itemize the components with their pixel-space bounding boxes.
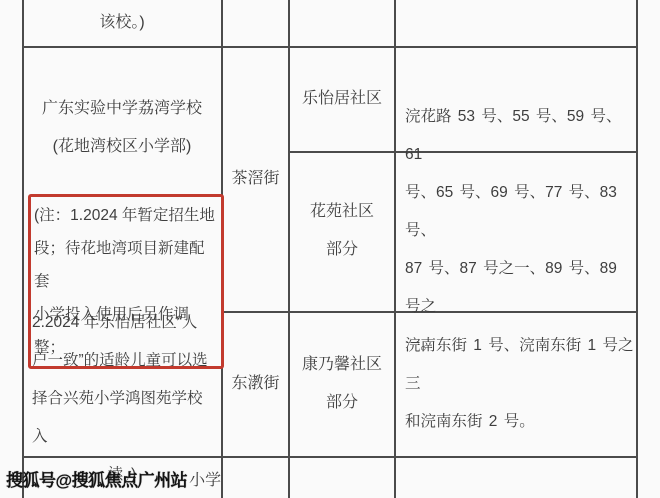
school-name-line-2: (花地湾校区小学部) xyxy=(24,128,220,166)
community-kangnaixin-line-1: 康乃馨社区 xyxy=(302,346,382,384)
address-huayuan-line-2: 号、65 号、69 号、77 号、83 号、 xyxy=(405,174,636,250)
note-highlight-box: (注：1.2024 年暂定招生地 段；待花地湾项目新建配套 小学投入使用后另作调… xyxy=(28,194,224,369)
cell-community-huayuan: 花苑社区 部分 xyxy=(290,153,394,309)
sohu-watermark-text: 搜狐号@搜狐焦点广州站 xyxy=(6,466,187,491)
highlighted-note-line-2: 段；待花地湾项目新建配套 xyxy=(34,232,218,298)
community-huayuan-line-1: 花苑社区 xyxy=(310,193,374,231)
community-leyiju-label: 乐怡居社区 xyxy=(302,80,382,118)
cell-street-dongjiao: 东漖街 xyxy=(223,313,288,454)
cell-previous-school-fragment: 该校。) xyxy=(24,0,220,45)
school-name: 广东实验中学荔湾学校 (花地湾校区小学部) xyxy=(24,90,220,166)
cell-community-leyiju: 乐怡居社区 xyxy=(290,48,394,150)
street-chajiao-label: 茶滘街 xyxy=(231,160,279,198)
document-table-screenshot: 该校。) 广东实验中学荔湾学校 (花地湾校区小学部) (注：1.2024 年暂定… xyxy=(0,0,660,498)
address-huayuan-line-1: 浣花路 53 号、55 号、59 号、61 xyxy=(405,98,636,174)
address-kangnaixin-line-2: 和浣南东街 2 号。 xyxy=(405,403,636,441)
cell-school-info: 广东实验中学荔湾学校 (花地湾校区小学部) (注：1.2024 年暂定招生地 段… xyxy=(24,48,220,454)
school-name-line-1: 广东实验中学荔湾学校 xyxy=(24,90,220,128)
cell-community-kangnaixin: 康乃馨社区 部分 xyxy=(290,313,394,454)
cell-address-kangnaixin: 浣南东街 1 号、浣南东街 1 号之三 和浣南东街 2 号。 xyxy=(396,313,636,454)
address-kangnaixin-line-1: 浣南东街 1 号、浣南东街 1 号之三 xyxy=(405,327,636,403)
street-dongjiao-label: 东漖街 xyxy=(231,365,279,403)
bottom-row-fragment: 搜狐号@搜狐焦点广州站 小学 xyxy=(6,458,326,498)
cell-street-chajiao: 茶滘街 xyxy=(223,48,288,310)
community-kangnaixin-line-2: 部分 xyxy=(326,384,358,422)
highlighted-note-line-3: 小学投入使用后另作调整； xyxy=(34,298,218,364)
previous-school-fragment-text: 该校。) xyxy=(99,4,144,42)
table-border-right xyxy=(636,0,638,498)
next-school-fragment-text: 小学 xyxy=(189,467,221,490)
note-line-3: 择合兴苑小学鸿图苑学校入 xyxy=(24,380,220,456)
cell-address-huayuan: 浣花路 53 号、55 号、59 号、61 号、65 号、69 号、77 号、8… xyxy=(396,153,636,309)
highlighted-note-line-1: (注：1.2024 年暂定招生地 xyxy=(34,199,218,232)
community-huayuan-line-2: 部分 xyxy=(326,231,358,269)
